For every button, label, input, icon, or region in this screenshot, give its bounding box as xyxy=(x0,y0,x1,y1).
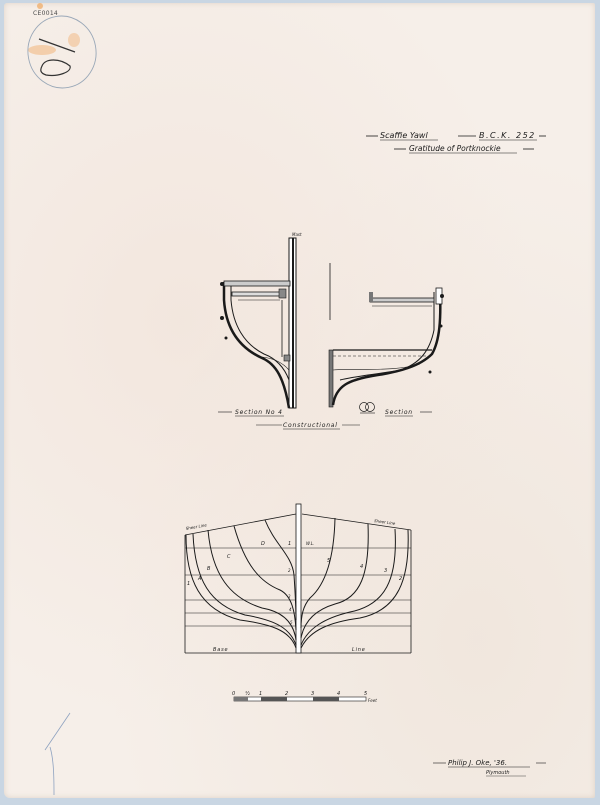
station-label: B xyxy=(207,566,211,572)
station-label: 1 xyxy=(187,581,190,587)
section-4-label: Section No 4 xyxy=(235,409,283,416)
title-vessel-name: Gratitude of Portknockie xyxy=(409,144,501,153)
scale-tick: 1 xyxy=(259,691,262,697)
station-label: D xyxy=(261,541,265,547)
scale-tick: 0 xyxy=(232,691,235,697)
waterline-mark: 1 xyxy=(288,541,291,547)
signature-name: Philip J. Oke, '36. xyxy=(448,759,507,767)
scale-tick: 3 xyxy=(311,691,314,697)
station-label: C xyxy=(227,554,231,560)
station-label: A xyxy=(197,576,202,582)
scale-bar: 0 ½ 1 2 3 4 5 Feet xyxy=(232,690,377,703)
mast-label: Mast xyxy=(292,232,302,237)
constructional-section-drawing: Mast Section No 4 xyxy=(218,232,444,429)
scale-tick: ½ xyxy=(245,690,250,697)
base-line-label-right: Line xyxy=(352,647,366,653)
sheer-line-left-label: Sheer Line xyxy=(185,522,207,531)
waterline-mark: 3 xyxy=(288,594,291,599)
waterline-mark: 5 xyxy=(290,620,293,625)
ship-plan-drawing: CE0014 Scaffie Yawl B.C.K. 252 Gratitude… xyxy=(0,0,600,805)
waterline-mark: 4 xyxy=(289,607,292,612)
section-label: Section xyxy=(385,409,413,416)
title-registration: B.C.K. 252 xyxy=(479,131,536,140)
signature: Philip J. Oke, '36. Plymouth xyxy=(433,759,546,776)
station-label: 5 xyxy=(327,558,330,564)
catalogue-number: CE0014 xyxy=(33,10,58,17)
pencil-mark xyxy=(45,713,70,795)
title-vessel-type: Scaffie Yawl xyxy=(380,131,428,140)
waterline-label: W.L. xyxy=(306,541,314,546)
constructional-caption: Constructional xyxy=(283,422,338,429)
station-label: 3 xyxy=(384,568,387,574)
scale-tick: 4 xyxy=(337,691,340,697)
base-line-label-left: Base xyxy=(213,647,228,653)
scale-tick: 5 xyxy=(364,691,367,697)
scale-unit: Feet xyxy=(368,698,377,703)
signature-place: Plymouth xyxy=(486,770,510,776)
station-label: 4 xyxy=(360,564,363,570)
title-block: Scaffie Yawl B.C.K. 252 Gratitude of Por… xyxy=(366,131,546,153)
midship-section-symbol xyxy=(360,403,376,414)
scale-tick: 2 xyxy=(285,691,288,697)
station-label: 2 xyxy=(399,576,402,582)
waterline-mark: 2 xyxy=(288,568,291,573)
body-plan-drawing: Sheer Line Sheer Line D C B A 1 1 W.L. 2… xyxy=(185,504,411,653)
